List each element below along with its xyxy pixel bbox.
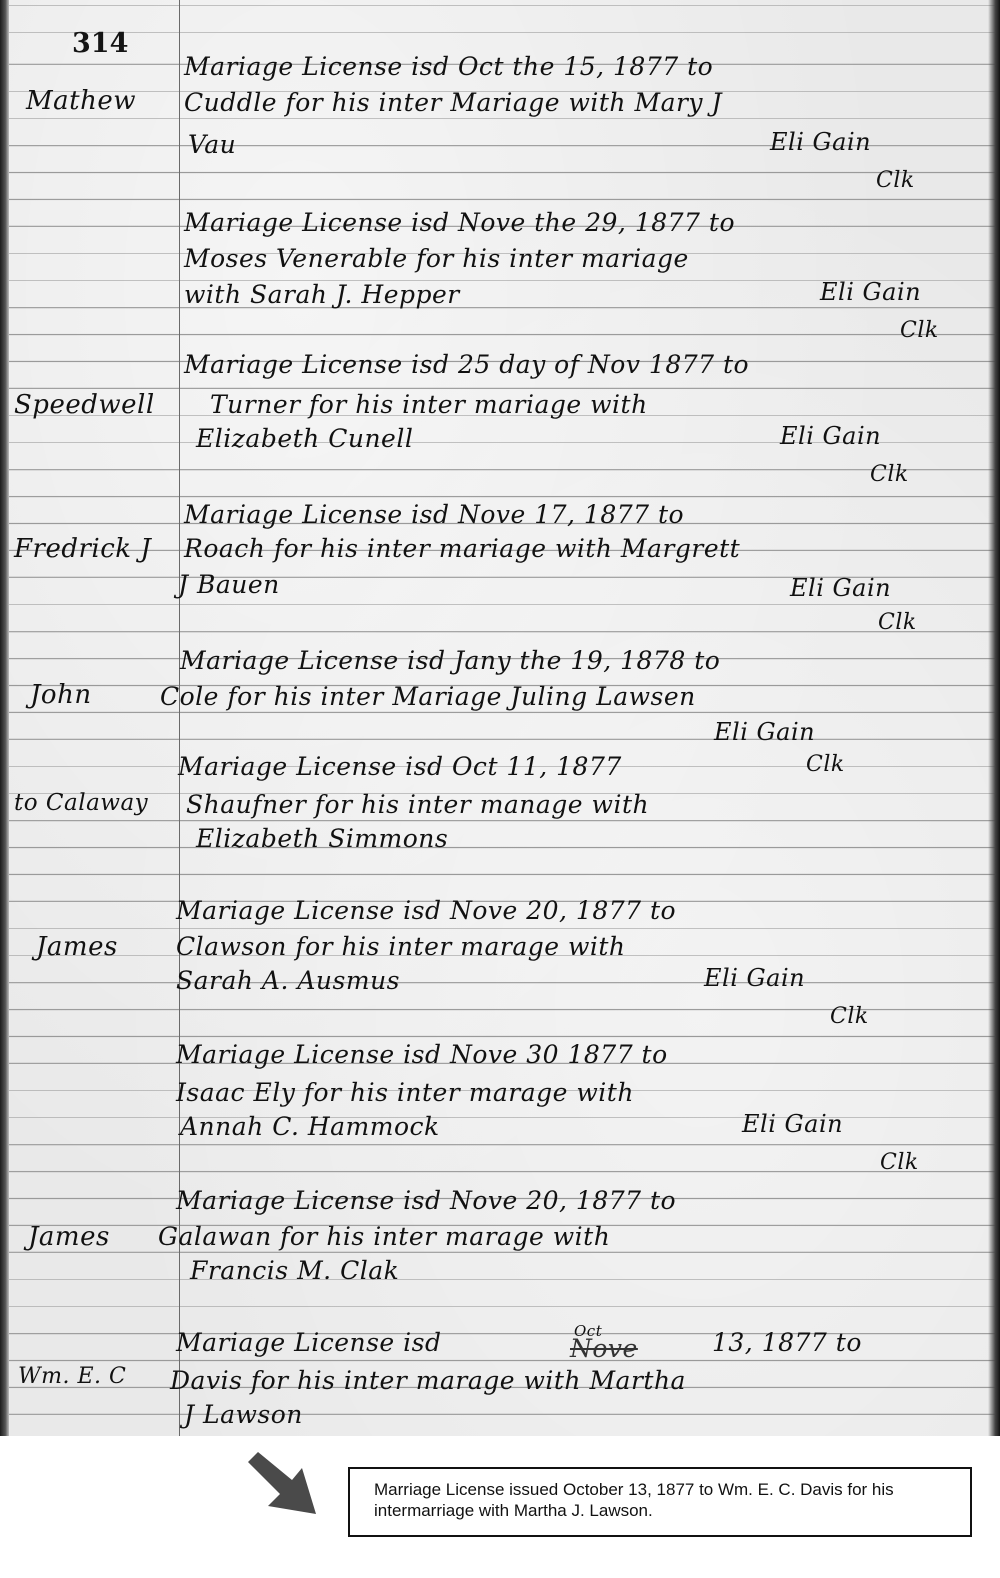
entry-line: Mariage License isd xyxy=(176,1328,442,1357)
entry-line: J Lawson xyxy=(184,1400,303,1429)
clerk-abbrev: Clk xyxy=(806,752,845,777)
entry-line: Cole for his inter Mariage Juling Lawsen xyxy=(160,682,696,711)
entry-line: Davis for his inter marage with Martha xyxy=(170,1366,686,1395)
entry-line: Mariage License isd Oct 11, 1877 xyxy=(178,752,622,781)
ledger-page-scan: 314 Mariage License isd Oct the 15, 1877… xyxy=(0,0,1000,1436)
clerk-signature: Eli Gain xyxy=(714,718,815,746)
entry-line: 13, 1877 to xyxy=(712,1328,862,1357)
clerk-signature: Eli Gain xyxy=(790,574,891,602)
entry-line: Galawan for his inter marage with xyxy=(158,1222,610,1251)
clerk-abbrev: Clk xyxy=(830,1004,869,1029)
entry-line: Mariage License isd Nove 20, 1877 to xyxy=(176,1186,676,1215)
entry-line: Roach for his inter mariage with Margret… xyxy=(184,534,740,563)
entry-line: Francis M. Clak xyxy=(190,1256,399,1285)
clerk-abbrev: Clk xyxy=(870,462,909,487)
clerk-signature: Eli Gain xyxy=(780,422,881,450)
clerk-abbrev: Clk xyxy=(900,318,939,343)
entry-line: Cuddle for his inter Mariage with Mary J xyxy=(184,88,722,117)
clerk-abbrev: Clk xyxy=(878,610,917,635)
entry-margin-name: James xyxy=(36,932,118,962)
annotation-caption: Marriage License issued October 13, 1877… xyxy=(374,1480,894,1520)
entry-line: Sarah A. Ausmus xyxy=(176,966,400,995)
entry-line: Mariage License isd Nove 30 1877 to xyxy=(176,1040,668,1069)
entry-line: Shaufner for his inter manage with xyxy=(186,790,649,819)
page-right-edge xyxy=(988,0,1000,1436)
page-binding-edge xyxy=(0,0,9,1436)
margin-rule xyxy=(179,0,180,1436)
entry-line: Moses Venerable for his inter mariage xyxy=(184,244,689,273)
entry-margin-name: Fredrick J xyxy=(14,534,151,564)
struck-word: Nove xyxy=(570,1334,638,1363)
clerk-signature: Eli Gain xyxy=(704,964,805,992)
clerk-abbrev: Clk xyxy=(880,1150,919,1175)
clerk-abbrev: Clk xyxy=(876,168,915,193)
entry-line: Clawson for his inter marage with xyxy=(176,932,626,961)
arrow-down-right-icon xyxy=(244,1452,320,1516)
clerk-signature: Eli Gain xyxy=(820,278,921,306)
entry-line: with Sarah J. Hepper xyxy=(184,280,460,309)
entry-line: Elizabeth Simmons xyxy=(196,824,448,853)
clerk-signature: Eli Gain xyxy=(770,128,871,156)
entry-line: Elizabeth Cunell xyxy=(196,424,413,453)
entry-line: Vau xyxy=(188,130,236,159)
entry-margin-name: to Calaway xyxy=(14,790,148,816)
entry-line: Mariage License isd Jany the 19, 1878 to xyxy=(180,646,720,675)
entry-line: Isaac Ely for his inter marage with xyxy=(176,1078,634,1107)
entry-line: Annah C. Hammock xyxy=(180,1112,440,1141)
clerk-signature: Eli Gain xyxy=(742,1110,843,1138)
entry-line: Mariage License isd Nove 17, 1877 to xyxy=(184,500,684,529)
entry-line: Mariage License isd 25 day of Nov 1877 t… xyxy=(184,350,749,379)
entry-line: Mariage License isd Nove the 29, 1877 to xyxy=(184,208,735,237)
entry-line: Turner for his inter mariage with xyxy=(210,390,648,419)
annotation-caption-box: Marriage License issued October 13, 1877… xyxy=(348,1467,972,1537)
entry-margin-name: Mathew xyxy=(26,86,136,116)
entry-margin-name: Speedwell xyxy=(14,390,155,420)
entry-line: Mariage License isd Oct the 15, 1877 to xyxy=(184,52,713,81)
page-number: 314 xyxy=(72,28,128,59)
entry-margin-name: Wm. E. C xyxy=(18,1364,126,1389)
entry-line: Mariage License isd Nove 20, 1877 to xyxy=(176,896,676,925)
entry-line: J Bauen xyxy=(178,570,280,599)
entry-margin-name: James xyxy=(28,1222,110,1252)
entry-margin-name: John xyxy=(30,680,92,710)
